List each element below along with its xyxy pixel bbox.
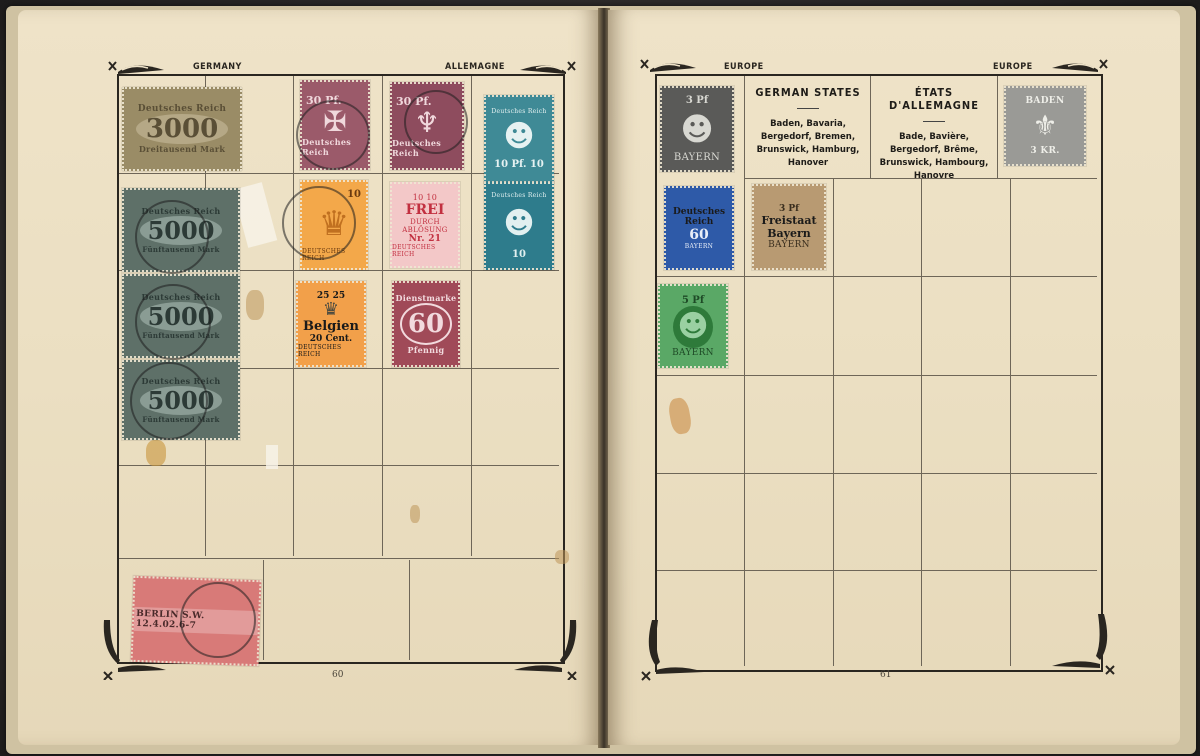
stamp-3000-mark[interactable]: Deutsches Reich 3000 Dreitausend Mark: [122, 87, 242, 171]
grid-line: [382, 76, 383, 556]
grid-line: [833, 178, 834, 666]
page-number-61: 61: [880, 670, 891, 680]
grid-line: [744, 76, 745, 666]
grid-line: [657, 276, 1097, 277]
header-germany: GERMANY: [193, 62, 242, 72]
stamp-60pf-dienstmarke[interactable]: Dienstmarke 60 Pfennig: [392, 281, 460, 367]
page-number-60: 60: [332, 670, 343, 680]
postmark: [135, 200, 209, 274]
stamp-bayern-3pf-grey[interactable]: 3 Pf ☻ BAYERN: [660, 86, 734, 172]
grid-line: [293, 76, 294, 556]
ornament-top-left-icon: [636, 56, 706, 76]
stamp-baden-3kr[interactable]: BADEN ⚜ 3 KR.: [1004, 86, 1086, 166]
grid-line: [471, 76, 472, 556]
portrait-icon: ☻: [673, 306, 712, 348]
ornament-bottom-left-icon: [638, 620, 708, 682]
postmark: [135, 284, 211, 360]
postmark-berlin: [180, 582, 256, 658]
info-german-states-en: GERMAN STATES Baden, Bavaria, Bergedorf,…: [746, 78, 870, 170]
stamp-frei-durch-abloesung[interactable]: 10 10 FREI DURCH ABLÖSUNG Nr. 21 DEUTSCH…: [390, 182, 460, 268]
coat-of-arms-icon: ⚜: [1032, 106, 1057, 146]
ornament-bottom-right-icon: [510, 620, 580, 680]
grid-line: [657, 473, 1097, 474]
germania-icon: ♛: [323, 301, 339, 319]
grid-line: [409, 560, 410, 660]
grid-line: [119, 558, 559, 559]
stamp-bayern-5pf-green[interactable]: 5 Pf ☻ BAYERN: [658, 284, 728, 368]
portrait-icon: ☻: [503, 115, 534, 159]
stain: [410, 505, 420, 523]
grid-line: [997, 76, 998, 178]
ornament-top-left-icon: [104, 58, 174, 78]
stain: [246, 290, 264, 320]
stamp-10pf-stephan-2[interactable]: Deutsches Reich ☻ 10: [484, 182, 554, 270]
stamp-belgien-overprint[interactable]: 25 25 ♛ Belgien 20 Cent. DEUTSCHES REICH: [296, 281, 366, 367]
portrait-icon: ☻: [680, 106, 713, 152]
stamp-hinge: [266, 445, 278, 469]
grid-line: [657, 375, 1097, 376]
header-allemagne: ALLEMAGNE: [445, 62, 505, 72]
stain: [555, 550, 569, 564]
grid-line: [263, 560, 264, 660]
postmark: [296, 100, 370, 170]
ornament-top-right-icon: [510, 58, 580, 78]
header-europe-right: EUROPE: [993, 62, 1033, 72]
postmark: [130, 362, 208, 440]
stamp-fragment: [146, 440, 166, 466]
grid-line: [1010, 178, 1011, 666]
grid-line: [921, 178, 922, 666]
portrait-icon: ☻: [503, 199, 534, 249]
stamp-bayern-freistaat[interactable]: 3 Pf Freistaat Bayern BAYERN: [752, 184, 826, 270]
postmark-muenchen: [282, 186, 356, 260]
stamp-bayern-60-blue[interactable]: Deutsches Reich 60 BAYERN: [664, 186, 734, 270]
divider: [797, 108, 819, 109]
grid-line: [119, 465, 559, 466]
divider: [923, 121, 945, 122]
ornament-bottom-right-icon: [1048, 614, 1118, 676]
ornament-top-right-icon: [1042, 56, 1112, 76]
grid-line: [657, 570, 1097, 571]
header-europe-left: EUROPE: [724, 62, 764, 72]
stamp-10pf-stephan[interactable]: Deutsches Reich ☻ 10 Pf. 10: [484, 95, 554, 183]
postmark: [404, 90, 468, 154]
info-etats-allemagne-fr: ÉTATS D'ALLEMAGNE Bade, Bavière, Bergedo…: [871, 78, 997, 183]
